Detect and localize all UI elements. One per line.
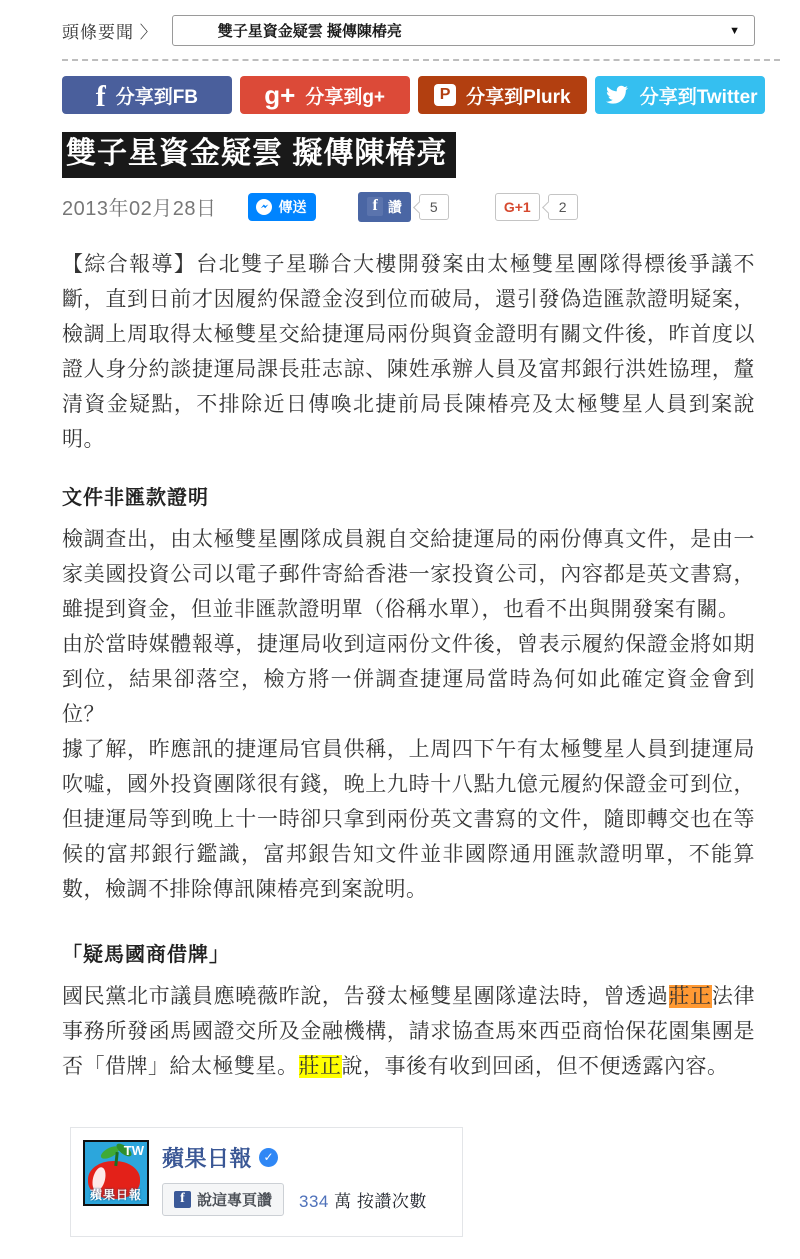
fb-like-count: 5 xyxy=(419,194,449,220)
paragraph-2: 檢調查出，由太極雙星團隊成員親自交給捷運局的兩份傳真文件，是由一家美國投資公司以… xyxy=(62,522,755,627)
facebook-icon: f xyxy=(367,197,382,216)
paragraph-lead: 【綜合報導】台北雙子星聯合大樓開發案由太極雙星團隊得標後爭議不斷，直到日前才因履… xyxy=(62,247,755,457)
share-facebook-label: 分享到FB xyxy=(116,82,198,109)
likes-count-number: 334 xyxy=(299,1192,329,1211)
gplus-one-button[interactable]: G+1 xyxy=(495,193,540,221)
headline-bar: 頭條要聞 〉 雙子星資金疑雲 擬傳陳椿亮 ▼ xyxy=(62,15,755,46)
avatar-name-label: 蘋果日報 xyxy=(85,1186,147,1203)
likes-count-label: 萬 按讚次數 xyxy=(329,1192,427,1211)
paragraph-5-part-c: 說，事後有收到回函，但不便透露內容。 xyxy=(342,1055,729,1078)
page-name-row: 蘋果日報 ✓ xyxy=(162,1142,427,1173)
gplus-one-count: 2 xyxy=(548,194,578,220)
headline-label: 頭條要聞 〉 xyxy=(62,18,158,43)
share-googleplus-button[interactable]: g+ 分享到g+ xyxy=(240,76,410,114)
fb-like-group: f 讚 5 xyxy=(358,192,448,222)
share-twitter-label: 分享到Twitter xyxy=(640,82,758,109)
share-plurk-button[interactable]: P 分享到Plurk xyxy=(418,76,588,114)
share-plurk-label: 分享到Plurk xyxy=(466,82,571,109)
like-page-label: 說這專頁讚 xyxy=(197,1189,272,1210)
page-meta: 蘋果日報 ✓ f 說這專頁讚 334 萬 按讚次數 xyxy=(162,1140,427,1224)
search-highlight-active: 莊正 xyxy=(669,985,712,1008)
page-avatar[interactable]: TW 蘋果日報 xyxy=(83,1140,149,1206)
avatar-tw-label: TW xyxy=(124,1143,144,1158)
messenger-send-label: 傳送 xyxy=(278,197,306,217)
headline-dropdown[interactable]: 雙子星資金疑雲 擬傳陳椿亮 ▼ xyxy=(172,15,755,46)
share-facebook-button[interactable]: f 分享到FB xyxy=(62,76,232,114)
paragraph-3: 由於當時媒體報導，捷運局收到這兩份文件後，曾表示履約保證金將如期到位，結果卻落空… xyxy=(62,627,755,732)
google-plus-icon: g+ xyxy=(264,82,295,108)
article-page: 頭條要聞 〉 雙子星資金疑雲 擬傳陳椿亮 ▼ f 分享到FB g+ 分享到g+ … xyxy=(0,0,800,1237)
facebook-icon: f xyxy=(96,82,106,112)
article-date: 2013年02月28日 xyxy=(62,192,216,221)
subheading-document: 文件非匯款證明 xyxy=(62,481,755,516)
share-twitter-button[interactable]: 分享到Twitter xyxy=(595,76,765,114)
date-social-row: 2013年02月28日 傳送 f 讚 5 G+1 2 xyxy=(62,193,755,221)
facebook-icon: f xyxy=(174,1191,191,1208)
chevron-down-icon: ▼ xyxy=(729,25,740,37)
share-googleplus-label: 分享到g+ xyxy=(305,82,385,109)
paragraph-4: 據了解，昨應訊的捷運局官員供稱，上周四下午有太極雙星人員到捷運局吹噓，國外投資團… xyxy=(62,732,755,907)
dashed-divider xyxy=(62,59,780,61)
share-button-row: f 分享到FB g+ 分享到g+ P 分享到Plurk 分享到Twitter xyxy=(62,76,765,114)
article-body: 【綜合報導】台北雙子星聯合大樓開發案由太極雙星團隊得標後爭議不斷，直到日前才因履… xyxy=(62,247,755,1084)
fb-like-label: 讚 xyxy=(388,197,402,217)
paragraph-5: 國民黨北市議員應曉薇昨說，告發太極雙星團隊違法時，曾透過莊正法律事務所發函馬國證… xyxy=(62,979,755,1084)
like-page-button[interactable]: f 說這專頁讚 xyxy=(162,1183,284,1216)
paragraph-5-part-a: 國民黨北市議員應曉薇昨說，告發太極雙星團隊違法時，曾透過 xyxy=(62,985,669,1008)
search-highlight-match: 莊正 xyxy=(299,1055,342,1078)
page-name-link[interactable]: 蘋果日報 xyxy=(162,1142,252,1173)
article-title: 雙子星資金疑雲 擬傳陳椿亮 xyxy=(62,132,456,178)
messenger-icon xyxy=(256,199,272,215)
gplus-one-group: G+1 2 xyxy=(495,193,578,221)
plurk-icon: P xyxy=(434,84,456,106)
likes-count-line: 334 萬 按讚次數 xyxy=(299,1187,427,1212)
facebook-page-widget: TW 蘋果日報 蘋果日報 ✓ f 說這專頁讚 334 萬 按讚次數 xyxy=(70,1127,463,1237)
page-action-row: f 說這專頁讚 334 萬 按讚次數 xyxy=(162,1183,427,1216)
messenger-send-button[interactable]: 傳送 xyxy=(248,193,316,221)
headline-dropdown-value: 雙子星資金疑雲 擬傳陳椿亮 xyxy=(218,20,402,41)
subheading-borrowed-license: 「疑馬國商借牌」 xyxy=(62,938,755,973)
twitter-bird-icon xyxy=(603,83,630,107)
fb-like-button[interactable]: f 讚 xyxy=(358,192,410,222)
verified-badge-icon: ✓ xyxy=(259,1148,278,1167)
